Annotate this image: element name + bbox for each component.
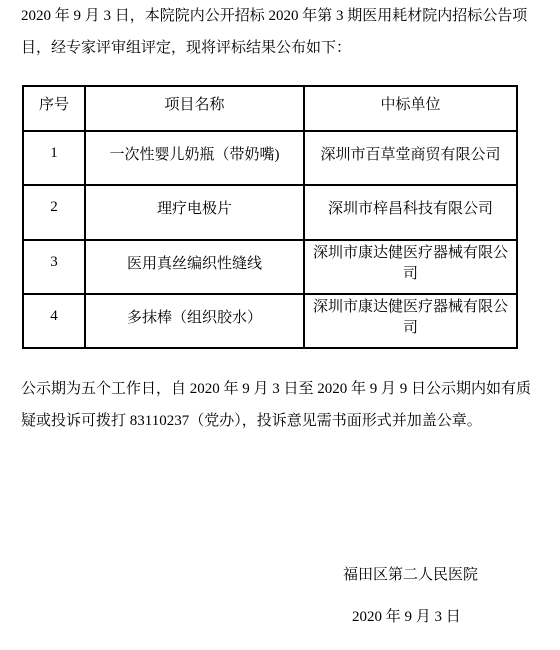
cell-serial-number: 2 [23, 185, 85, 240]
notice-line-2: 疑或投诉可拨打 83110237（党办），投诉意见需书面形式并加盖公章。 [21, 405, 545, 437]
notice-line-1: 公示期为五个工作日，自 2020 年 9 月 3 日至 2020 年 9 月 9… [21, 373, 545, 405]
table-header-row: 序号 项目名称 中标单位 [23, 86, 517, 131]
bid-results-table: 序号 项目名称 中标单位 1 一次性婴儿奶瓶（带奶嘴) 深圳市百草堂商贸有限公司… [22, 85, 518, 349]
header-winning-bidder: 中标单位 [304, 86, 517, 131]
cell-winning-bidder: 深圳市梓昌科技有限公司 [304, 185, 517, 240]
cell-winning-bidder: 深圳市百草堂商贸有限公司 [304, 131, 517, 185]
signature-organization: 福田区第二人民医院 [343, 559, 478, 591]
cell-winning-bidder: 深圳市康达健医疗器械有限公司 [304, 240, 517, 294]
table-row: 4 多抹棒（组织胶水） 深圳市康达健医疗器械有限公司 [23, 294, 517, 348]
cell-serial-number: 4 [23, 294, 85, 348]
cell-serial-number: 3 [23, 240, 85, 294]
intro-line-1: 2020 年 9 月 3 日，本院院内公开招标 2020 年第 3 期医用耗材院… [21, 0, 545, 32]
cell-project-name: 多抹棒（组织胶水） [85, 294, 304, 348]
cell-project-name: 理疗电极片 [85, 185, 304, 240]
table-row: 2 理疗电极片 深圳市梓昌科技有限公司 [23, 185, 517, 240]
table-row: 1 一次性婴儿奶瓶（带奶嘴) 深圳市百草堂商贸有限公司 [23, 131, 517, 185]
signature-date: 2020 年 9 月 3 日 [352, 601, 461, 633]
header-project-name: 项目名称 [85, 86, 304, 131]
cell-project-name: 医用真丝编织性缝线 [85, 240, 304, 294]
cell-winning-bidder: 深圳市康达健医疗器械有限公司 [304, 294, 517, 348]
notice-paragraph: 公示期为五个工作日，自 2020 年 9 月 3 日至 2020 年 9 月 9… [21, 373, 545, 437]
intro-line-2: 目，经专家评审组评定，现将评标结果公布如下： [21, 32, 545, 64]
cell-serial-number: 1 [23, 131, 85, 185]
table-row: 3 医用真丝编织性缝线 深圳市康达健医疗器械有限公司 [23, 240, 517, 294]
intro-paragraph: 2020 年 9 月 3 日，本院院内公开招标 2020 年第 3 期医用耗材院… [21, 0, 545, 64]
announcement-page: 2020 年 9 月 3 日，本院院内公开招标 2020 年第 3 期医用耗材院… [0, 0, 560, 650]
header-serial-number: 序号 [23, 86, 85, 131]
cell-project-name: 一次性婴儿奶瓶（带奶嘴) [85, 131, 304, 185]
